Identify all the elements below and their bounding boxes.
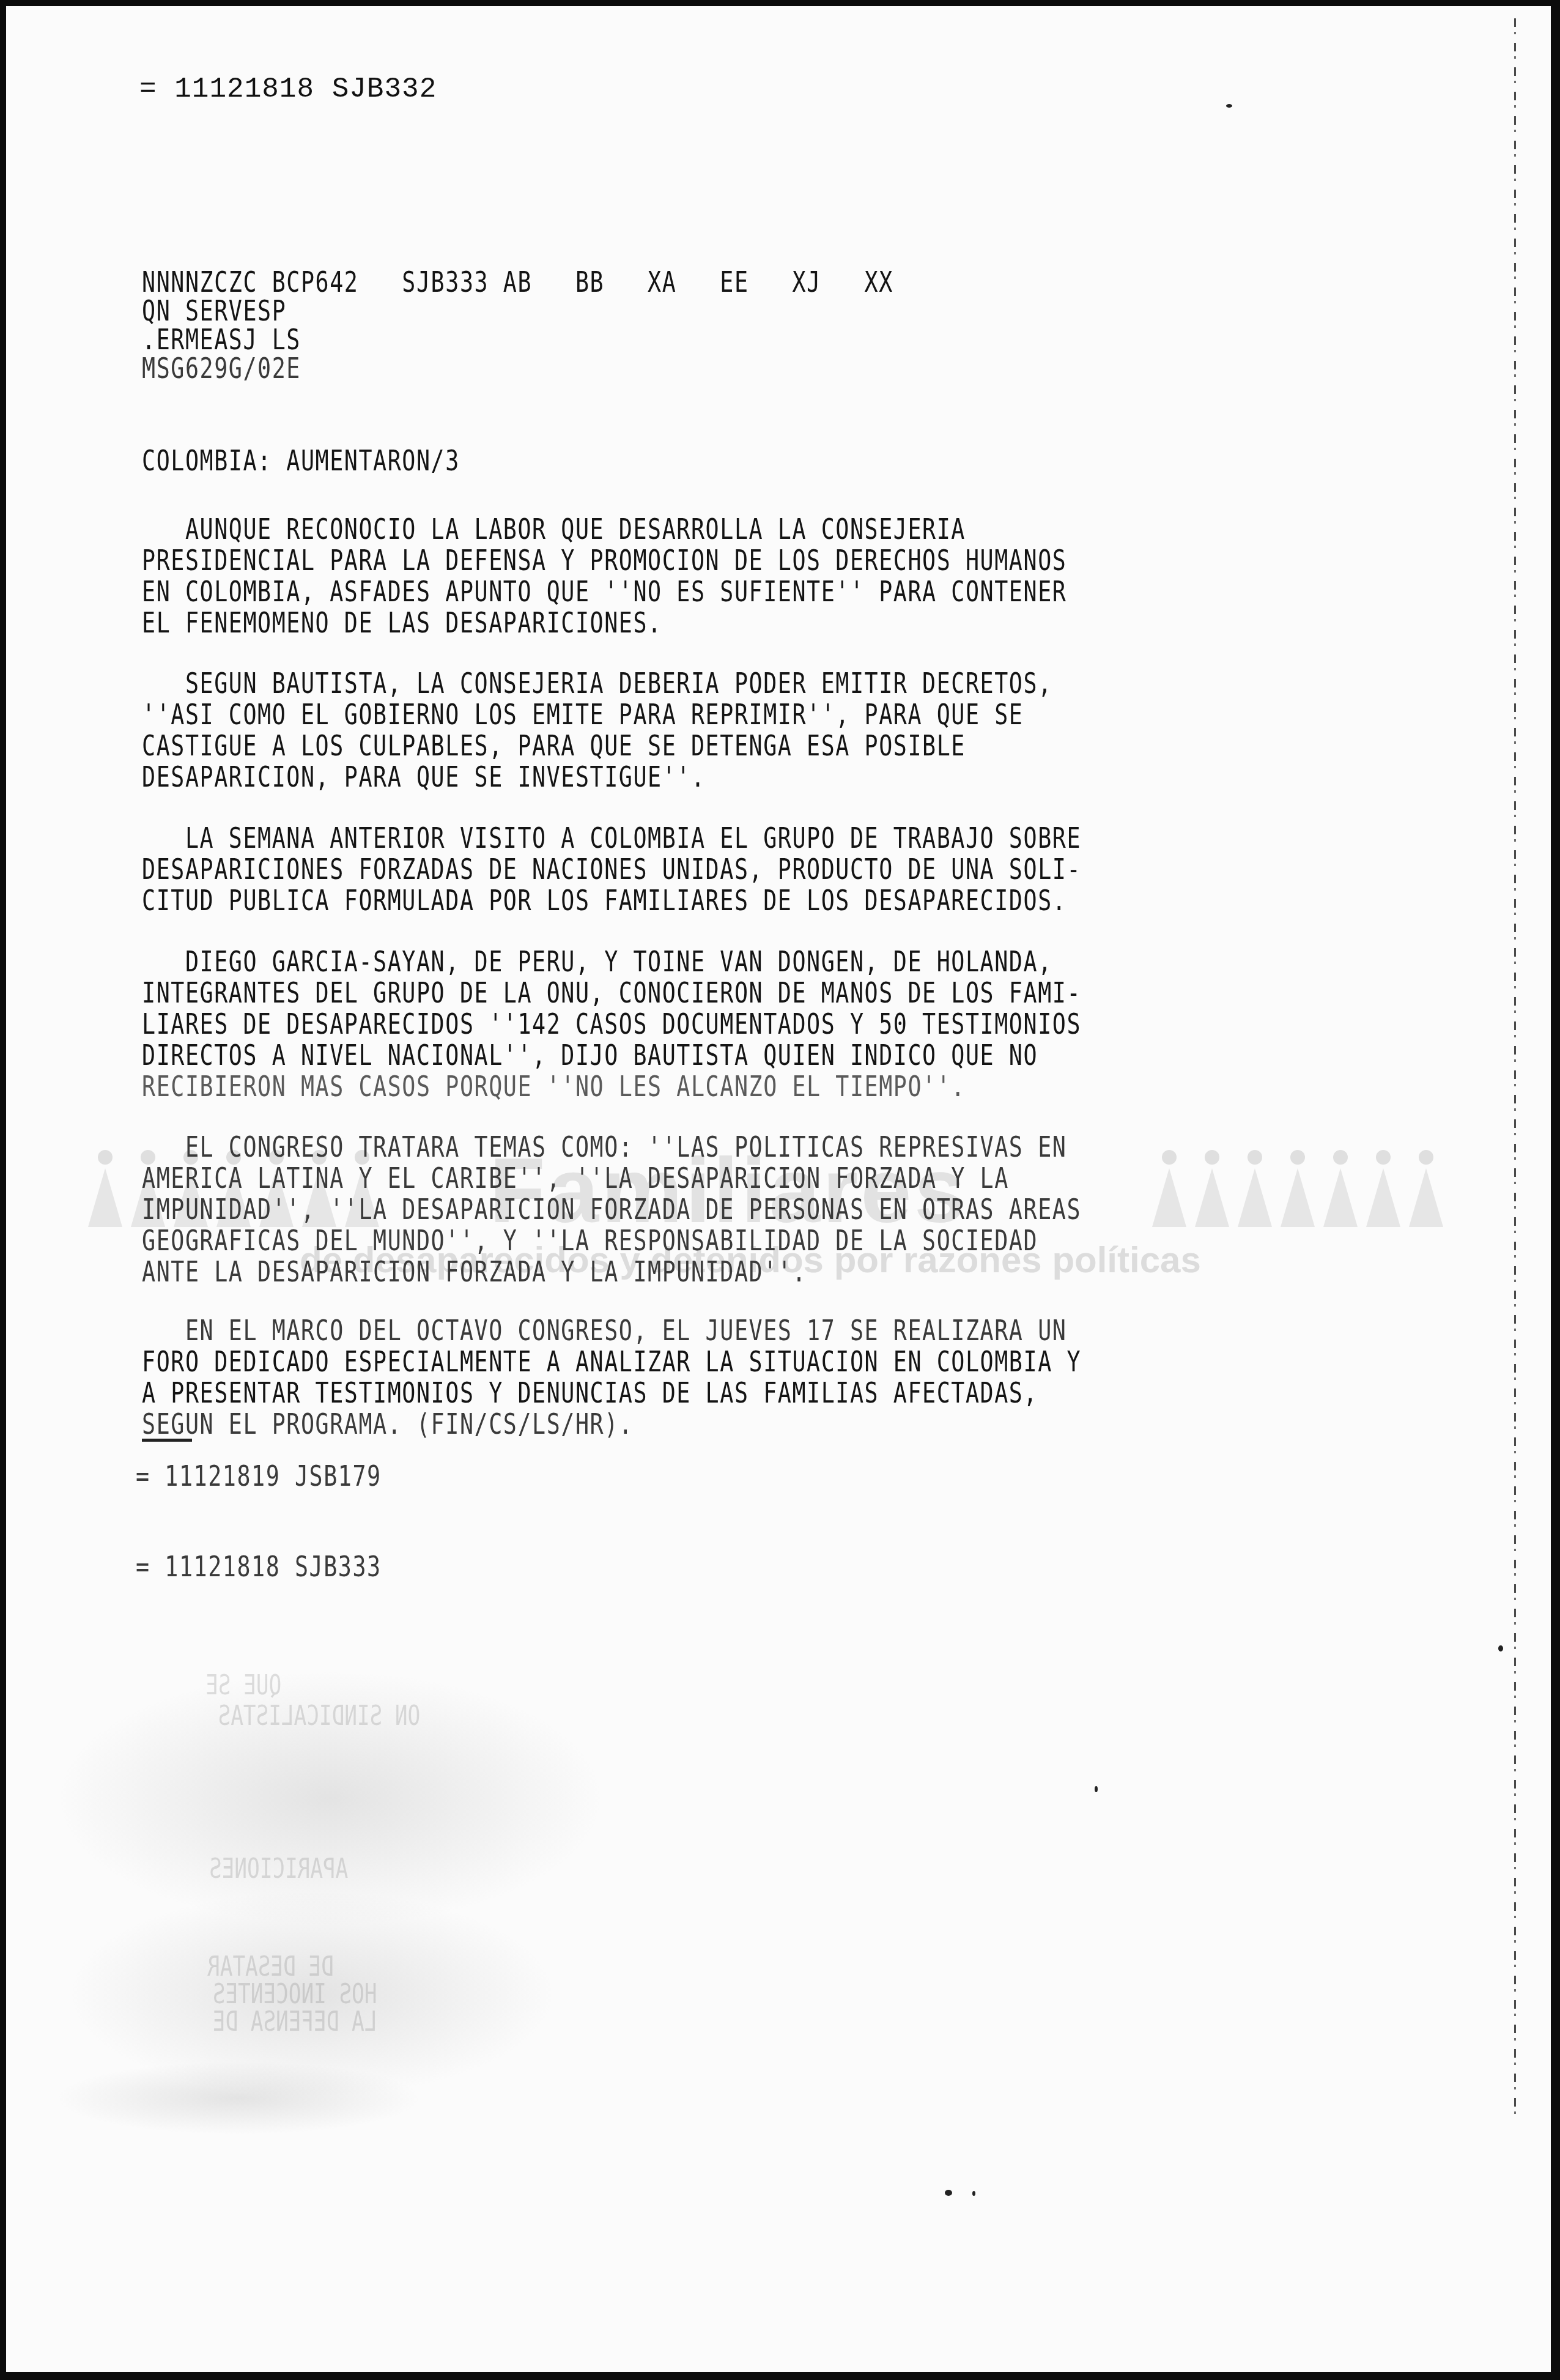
body-line: SEGUN BAUTISTA, LA CONSEJERIA DEBERIA PO…	[142, 668, 1052, 699]
scanned-page: QUE SE ON SINDICALISTAS APARICIONES DE D…	[6, 6, 1551, 2372]
body-line: CITUD PUBLICA FORMULADA POR LOS FAMILIAR…	[142, 885, 1066, 916]
person-figure-icon	[1364, 1150, 1403, 1229]
story-slug: COLOMBIA: AUMENTARON/3	[142, 447, 460, 475]
watermark-figures-right	[1150, 1150, 1446, 1229]
person-figure-icon	[86, 1150, 125, 1229]
ghost-text: APARICIONES	[209, 1853, 348, 1885]
person-figure-icon	[1192, 1150, 1232, 1229]
dust-speck	[972, 2191, 975, 2196]
message-footer-id: = 11121819 JSB179	[136, 1462, 382, 1491]
body-line: GEOGRAFICAS DEL MUNDO'', Y ''LA RESPONSA…	[142, 1225, 1038, 1256]
ghost-text: ON SINDICALISTAS	[218, 1700, 421, 1732]
routing-line: QN SERVESP	[142, 297, 286, 325]
ghost-text: LA DEFENSA DE	[213, 2006, 377, 2037]
person-figure-icon	[1321, 1150, 1360, 1229]
ghost-text: DE DESATAR	[207, 1951, 334, 1982]
body-line: EN EL MARCO DEL OCTAVO CONGRESO, EL JUEV…	[142, 1315, 1066, 1346]
body-line: AMERICA LATINA Y EL CARIBE'', ''LA DESAP…	[142, 1163, 1009, 1194]
body-line: EL FENEMOMENO DE LAS DESAPARICIONES.	[142, 607, 662, 639]
body-line: DESAPARICIONES FORZADAS DE NACIONES UNID…	[142, 854, 1081, 885]
body-line: SEGUN EL PROGRAMA. (FIN/CS/LS/HR).	[142, 1409, 633, 1440]
body-line: ''ASI COMO EL GOBIERNO LOS EMITE PARA RE…	[142, 699, 1024, 730]
dust-speck	[1095, 1786, 1098, 1792]
body-line: INTEGRANTES DEL GRUPO DE LA ONU, CONOCIE…	[142, 977, 1081, 1009]
body-line: PRESIDENCIAL PARA LA DEFENSA Y PROMOCION…	[142, 545, 1066, 576]
body-line: DIRECTOS A NIVEL NACIONAL'', DIJO BAUTIS…	[142, 1040, 1038, 1071]
routing-line: MSG629G/02E	[142, 354, 301, 383]
ghost-text: HOS INOCENTES	[213, 1979, 377, 2010]
ghost-text: QUE SE	[205, 1670, 319, 1701]
person-figure-icon	[1407, 1150, 1446, 1229]
bleed-through-smudge	[55, 1670, 605, 1927]
body-line: A PRESENTAR TESTIMONIOS Y DENUNCIAS DE L…	[142, 1377, 1038, 1409]
body-line: LIARES DE DESAPARECIDOS ''142 CASOS DOCU…	[142, 1009, 1081, 1040]
body-line: EN COLOMBIA, ASFADES APUNTO QUE ''NO ES …	[142, 576, 1066, 607]
bleed-through-smudge	[67, 1890, 556, 2098]
person-figure-icon	[1150, 1150, 1189, 1229]
body-line: CASTIGUE A LOS CULPABLES, PARA QUE SE DE…	[142, 730, 966, 762]
bleed-through-smudge	[55, 2061, 422, 2135]
body-line: DIEGO GARCIA-SAYAN, DE PERU, Y TOINE VAN…	[142, 946, 1052, 977]
person-figure-icon	[1235, 1150, 1274, 1229]
body-line: RECIBIERON MAS CASOS PORQUE ''NO LES ALC…	[142, 1071, 966, 1102]
routing-line: NNNNZCZC BCP642 SJB333 AB BB XA EE XJ XX	[142, 268, 893, 297]
page-fold-line	[1514, 18, 1516, 2122]
dust-speck	[1498, 1645, 1503, 1652]
body-line: EL CONGRESO TRATARA TEMAS COMO: ''LAS PO…	[142, 1132, 1066, 1163]
message-header-id: = 11121818 SJB332	[139, 73, 437, 105]
dust-speck	[1226, 104, 1232, 108]
message-footer-id: = 11121818 SJB333	[136, 1552, 382, 1581]
dust-speck	[945, 2190, 952, 2196]
body-line: IMPUNIDAD'', ''LA DESAPARICION FORZADA D…	[142, 1194, 1081, 1225]
body-line: LA SEMANA ANTERIOR VISITO A COLOMBIA EL …	[142, 823, 1081, 854]
body-line: DESAPARICION, PARA QUE SE INVESTIGUE''.	[142, 762, 706, 793]
body-line: AUNQUE RECONOCIO LA LABOR QUE DESARROLLA…	[142, 514, 966, 545]
body-line: ANTE LA DESAPARICION FORZADA Y LA IMPUNI…	[142, 1256, 807, 1288]
end-rule	[142, 1439, 192, 1442]
routing-line: .ERMEASJ LS	[142, 325, 301, 354]
person-figure-icon	[1278, 1150, 1317, 1229]
body-line: FORO DEDICADO ESPECIALMENTE A ANALIZAR L…	[142, 1346, 1081, 1377]
